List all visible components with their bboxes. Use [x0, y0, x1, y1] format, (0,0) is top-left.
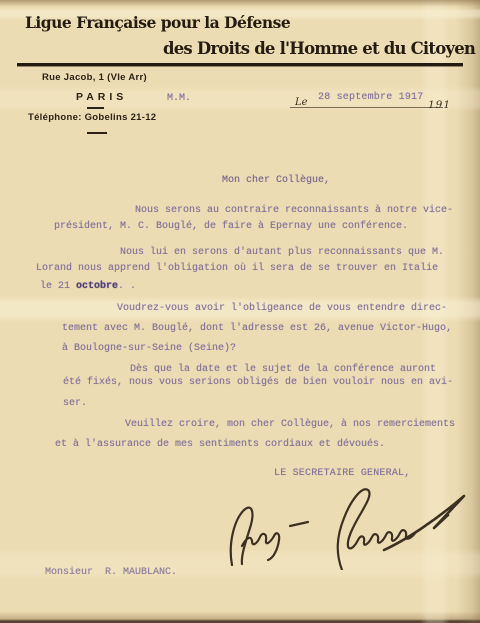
telephone-line: Téléphone: Gobelins 21-12 [28, 113, 156, 123]
city-underline [87, 107, 104, 109]
typed-line: tement avec M. Bouglé, dont l'adresse es… [62, 324, 452, 334]
org-name-line2: des Droits de l'Homme et du Citoyen [163, 41, 475, 58]
typed-line: Voudrez-vous avoir l'obligeance de vous … [117, 304, 447, 314]
typed-line: Dès que la date et le sujet de la confér… [130, 365, 436, 375]
letter-document: Ligue Française pour la Défense des Droi… [0, 0, 480, 623]
typed-line: et à l'assurance de mes sentiments cordi… [55, 440, 385, 450]
typed-line: président, M. C. Bouglé, de faire à Eper… [54, 222, 408, 232]
date-underline [290, 107, 443, 108]
closing-role: LE SECRETAIRE GENERAL, [274, 469, 410, 479]
date-mention-pre: le 21 [40, 281, 76, 292]
typed-line: à Boulogne-sur-Seine (Seine)? [62, 344, 236, 354]
typed-date: 28 septembre 1917 [318, 93, 423, 103]
typed-line: ser. [63, 399, 87, 409]
telephone-underline [87, 132, 107, 134]
date-mention-post: . . [118, 281, 136, 292]
typed-line: Veuillez croire, mon cher Collègue, à no… [125, 420, 455, 430]
recipient-line: Monsieur R. MAUBLANC. [45, 568, 177, 578]
typed-line-date-mention: le 21 octobre. . [40, 282, 136, 292]
letterhead-rule [17, 63, 463, 66]
date-mention-emphasized: octobre [76, 281, 118, 292]
typed-line: Nous lui en serons d'autant plus reconna… [120, 248, 444, 258]
salutation: Mon cher Collègue, [222, 176, 330, 186]
typed-line: Nous serons au contraire reconnaissants … [135, 206, 453, 216]
signature [224, 480, 479, 570]
address-line: Rue Jacob, 1 (VIe Arr) [42, 73, 147, 83]
typed-line: Lorand nous apprend l'obligation où il s… [36, 264, 438, 274]
reference-initials: M.M. [167, 94, 191, 104]
typed-line: été fixés, nous vous serions obligés de … [63, 378, 453, 388]
city-label: PARIS [76, 92, 127, 103]
org-name-line1: Ligue Française pour la Défense [25, 15, 290, 31]
printed-year-stub: 191 [428, 100, 451, 111]
